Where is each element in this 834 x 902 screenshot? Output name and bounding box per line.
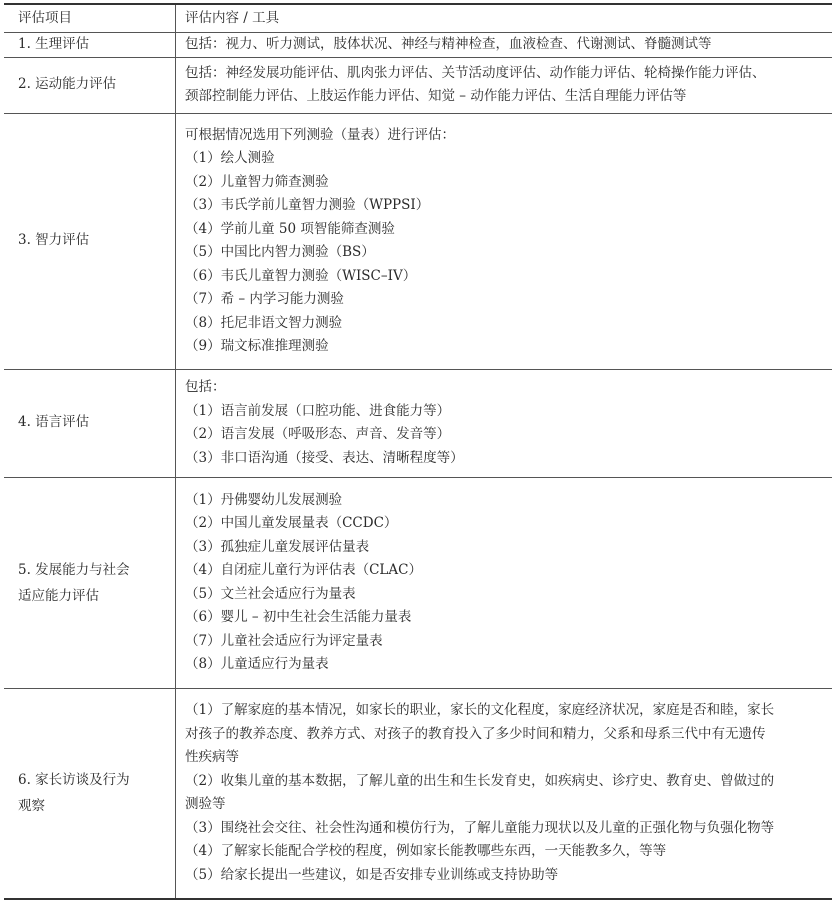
content-line: （2）中国儿童发展量表（CCDC） <box>185 512 828 536</box>
content-line: 颈部控制能力评估、上肢运作能力评估、知觉 – 动作能力评估、生活自理能力评估等 <box>185 85 828 109</box>
row-item-label: 2. 运动能力评估 <box>4 57 176 113</box>
row-content: 包括：视力、听力测试，肢体状况、神经与精神检查，血液检查、代谢测试、脊髓测试等 <box>176 33 833 58</box>
item-label-line: 6. 家长访谈及行为 <box>18 767 175 793</box>
content-line: 包括： <box>185 376 828 400</box>
row-content: 包括： （1）语言前发展（口腔功能、进食能力等） （2）语言发展（呼吸形态、声音… <box>176 369 833 477</box>
item-label-line: 观察 <box>18 793 175 819</box>
item-label-line: 5. 发展能力与社会 <box>18 557 175 583</box>
content-line: （2）儿童智力筛查测验 <box>185 171 828 195</box>
table-row: 6. 家长访谈及行为 观察 （1）了解家庭的基本情况，如家长的职业，家长的文化程… <box>4 688 832 899</box>
content-line: （3）非口语沟通（接受、表达、清晰程度等） <box>185 447 828 471</box>
content-line: （4）了解家长能配合学校的程度，例如家长能教哪些东西，一天能教多久，等等 <box>185 840 828 864</box>
header-assessment-content: 评估内容 / 工具 <box>176 4 833 33</box>
table-row: 3. 智力评估 可根据情况选用下列测验（量表）进行评估： （1）绘人测验 （2）… <box>4 113 832 369</box>
row-content: 包括：神经发展功能评估、肌肉张力评估、关节活动度评估、动作能力评估、轮椅操作能力… <box>176 57 833 113</box>
content-line: （1）语言前发展（口腔功能、进食能力等） <box>185 400 828 424</box>
content-line: （3）韦氏学前儿童智力测验（WPPSI） <box>185 194 828 218</box>
table-row: 1. 生理评估 包括：视力、听力测试，肢体状况、神经与精神检查，血液检查、代谢测… <box>4 33 832 58</box>
content-line: （1）绘人测验 <box>185 147 828 171</box>
content-line: （1）丹佛婴幼儿发展测验 <box>185 489 828 513</box>
content-line: （3）孤独症儿童发展评估量表 <box>185 536 828 560</box>
content-line: （7）希 – 内学习能力测验 <box>185 288 828 312</box>
content-line: （8）儿童适应行为量表 <box>185 653 828 677</box>
content-line: （8）托尼非语文智力测验 <box>185 312 828 336</box>
item-label-line: 适应能力评估 <box>18 583 175 609</box>
content-line: （5）中国比内智力测验（BS） <box>185 241 828 265</box>
content-line: （2）收集儿童的基本数据，了解儿童的出生和生长发育史，如疾病史、诊疗史、教育史、… <box>185 770 828 794</box>
table-row: 5. 发展能力与社会 适应能力评估 （1）丹佛婴幼儿发展测验 （2）中国儿童发展… <box>4 477 832 688</box>
row-item-label: 5. 发展能力与社会 适应能力评估 <box>4 477 176 688</box>
content-line: 可根据情况选用下列测验（量表）进行评估： <box>185 124 828 148</box>
row-content: （1）了解家庭的基本情况，如家长的职业，家长的文化程度，家庭经济状况，家庭是否和… <box>176 688 833 899</box>
content-line: （2）语言发展（呼吸形态、声音、发音等） <box>185 423 828 447</box>
table-row: 4. 语言评估 包括： （1）语言前发展（口腔功能、进食能力等） （2）语言发展… <box>4 369 832 477</box>
content-line: （1）了解家庭的基本情况，如家长的职业，家长的文化程度，家庭经济状况，家庭是否和… <box>185 699 828 723</box>
row-item-label: 4. 语言评估 <box>4 369 176 477</box>
content-line: 包括：神经发展功能评估、肌肉张力评估、关节活动度评估、动作能力评估、轮椅操作能力… <box>185 62 828 86</box>
content-line: （6）婴儿 – 初中生社会生活能力量表 <box>185 606 828 630</box>
content-line: （5）文兰社会适应行为量表 <box>185 583 828 607</box>
row-content: 可根据情况选用下列测验（量表）进行评估： （1）绘人测验 （2）儿童智力筛查测验… <box>176 113 833 369</box>
content-line: （9）瑞文标准推理测验 <box>185 335 828 359</box>
content-line: 包括：视力、听力测试，肢体状况、神经与精神检查，血液检查、代谢测试、脊髓测试等 <box>185 33 828 57</box>
table-header-row: 评估项目 评估内容 / 工具 <box>4 4 832 33</box>
content-line: （7）儿童社会适应行为评定量表 <box>185 630 828 654</box>
content-line: 性疾病等 <box>185 746 828 770</box>
content-line: （4）学前儿童 50 项智能筛查测验 <box>185 218 828 242</box>
content-line: 对孩子的教养态度、教养方式、对孩子的教育投入了多少时间和精力，父系和母系三代中有… <box>185 723 828 747</box>
content-line: （5）给家长提出一些建议，如是否安排专业训练或支持协助等 <box>185 864 828 888</box>
content-line: （3）围绕社会交往、社会性沟通和模仿行为，了解儿童能力现状以及儿童的正强化物与负… <box>185 817 828 841</box>
assessment-table: 评估项目 评估内容 / 工具 1. 生理评估 包括：视力、听力测试，肢体状况、神… <box>4 3 832 900</box>
content-line: （6）韦氏儿童智力测验（WISC–IV） <box>185 265 828 289</box>
row-item-label: 1. 生理评估 <box>4 33 176 58</box>
row-item-label: 3. 智力评估 <box>4 113 176 369</box>
row-content: （1）丹佛婴幼儿发展测验 （2）中国儿童发展量表（CCDC） （3）孤独症儿童发… <box>176 477 833 688</box>
row-item-label: 6. 家长访谈及行为 观察 <box>4 688 176 899</box>
table-row: 2. 运动能力评估 包括：神经发展功能评估、肌肉张力评估、关节活动度评估、动作能… <box>4 57 832 113</box>
header-assessment-item: 评估项目 <box>4 4 176 33</box>
content-line: 测验等 <box>185 793 828 817</box>
content-line: （4）自闭症儿童行为评估表（CLAC） <box>185 559 828 583</box>
